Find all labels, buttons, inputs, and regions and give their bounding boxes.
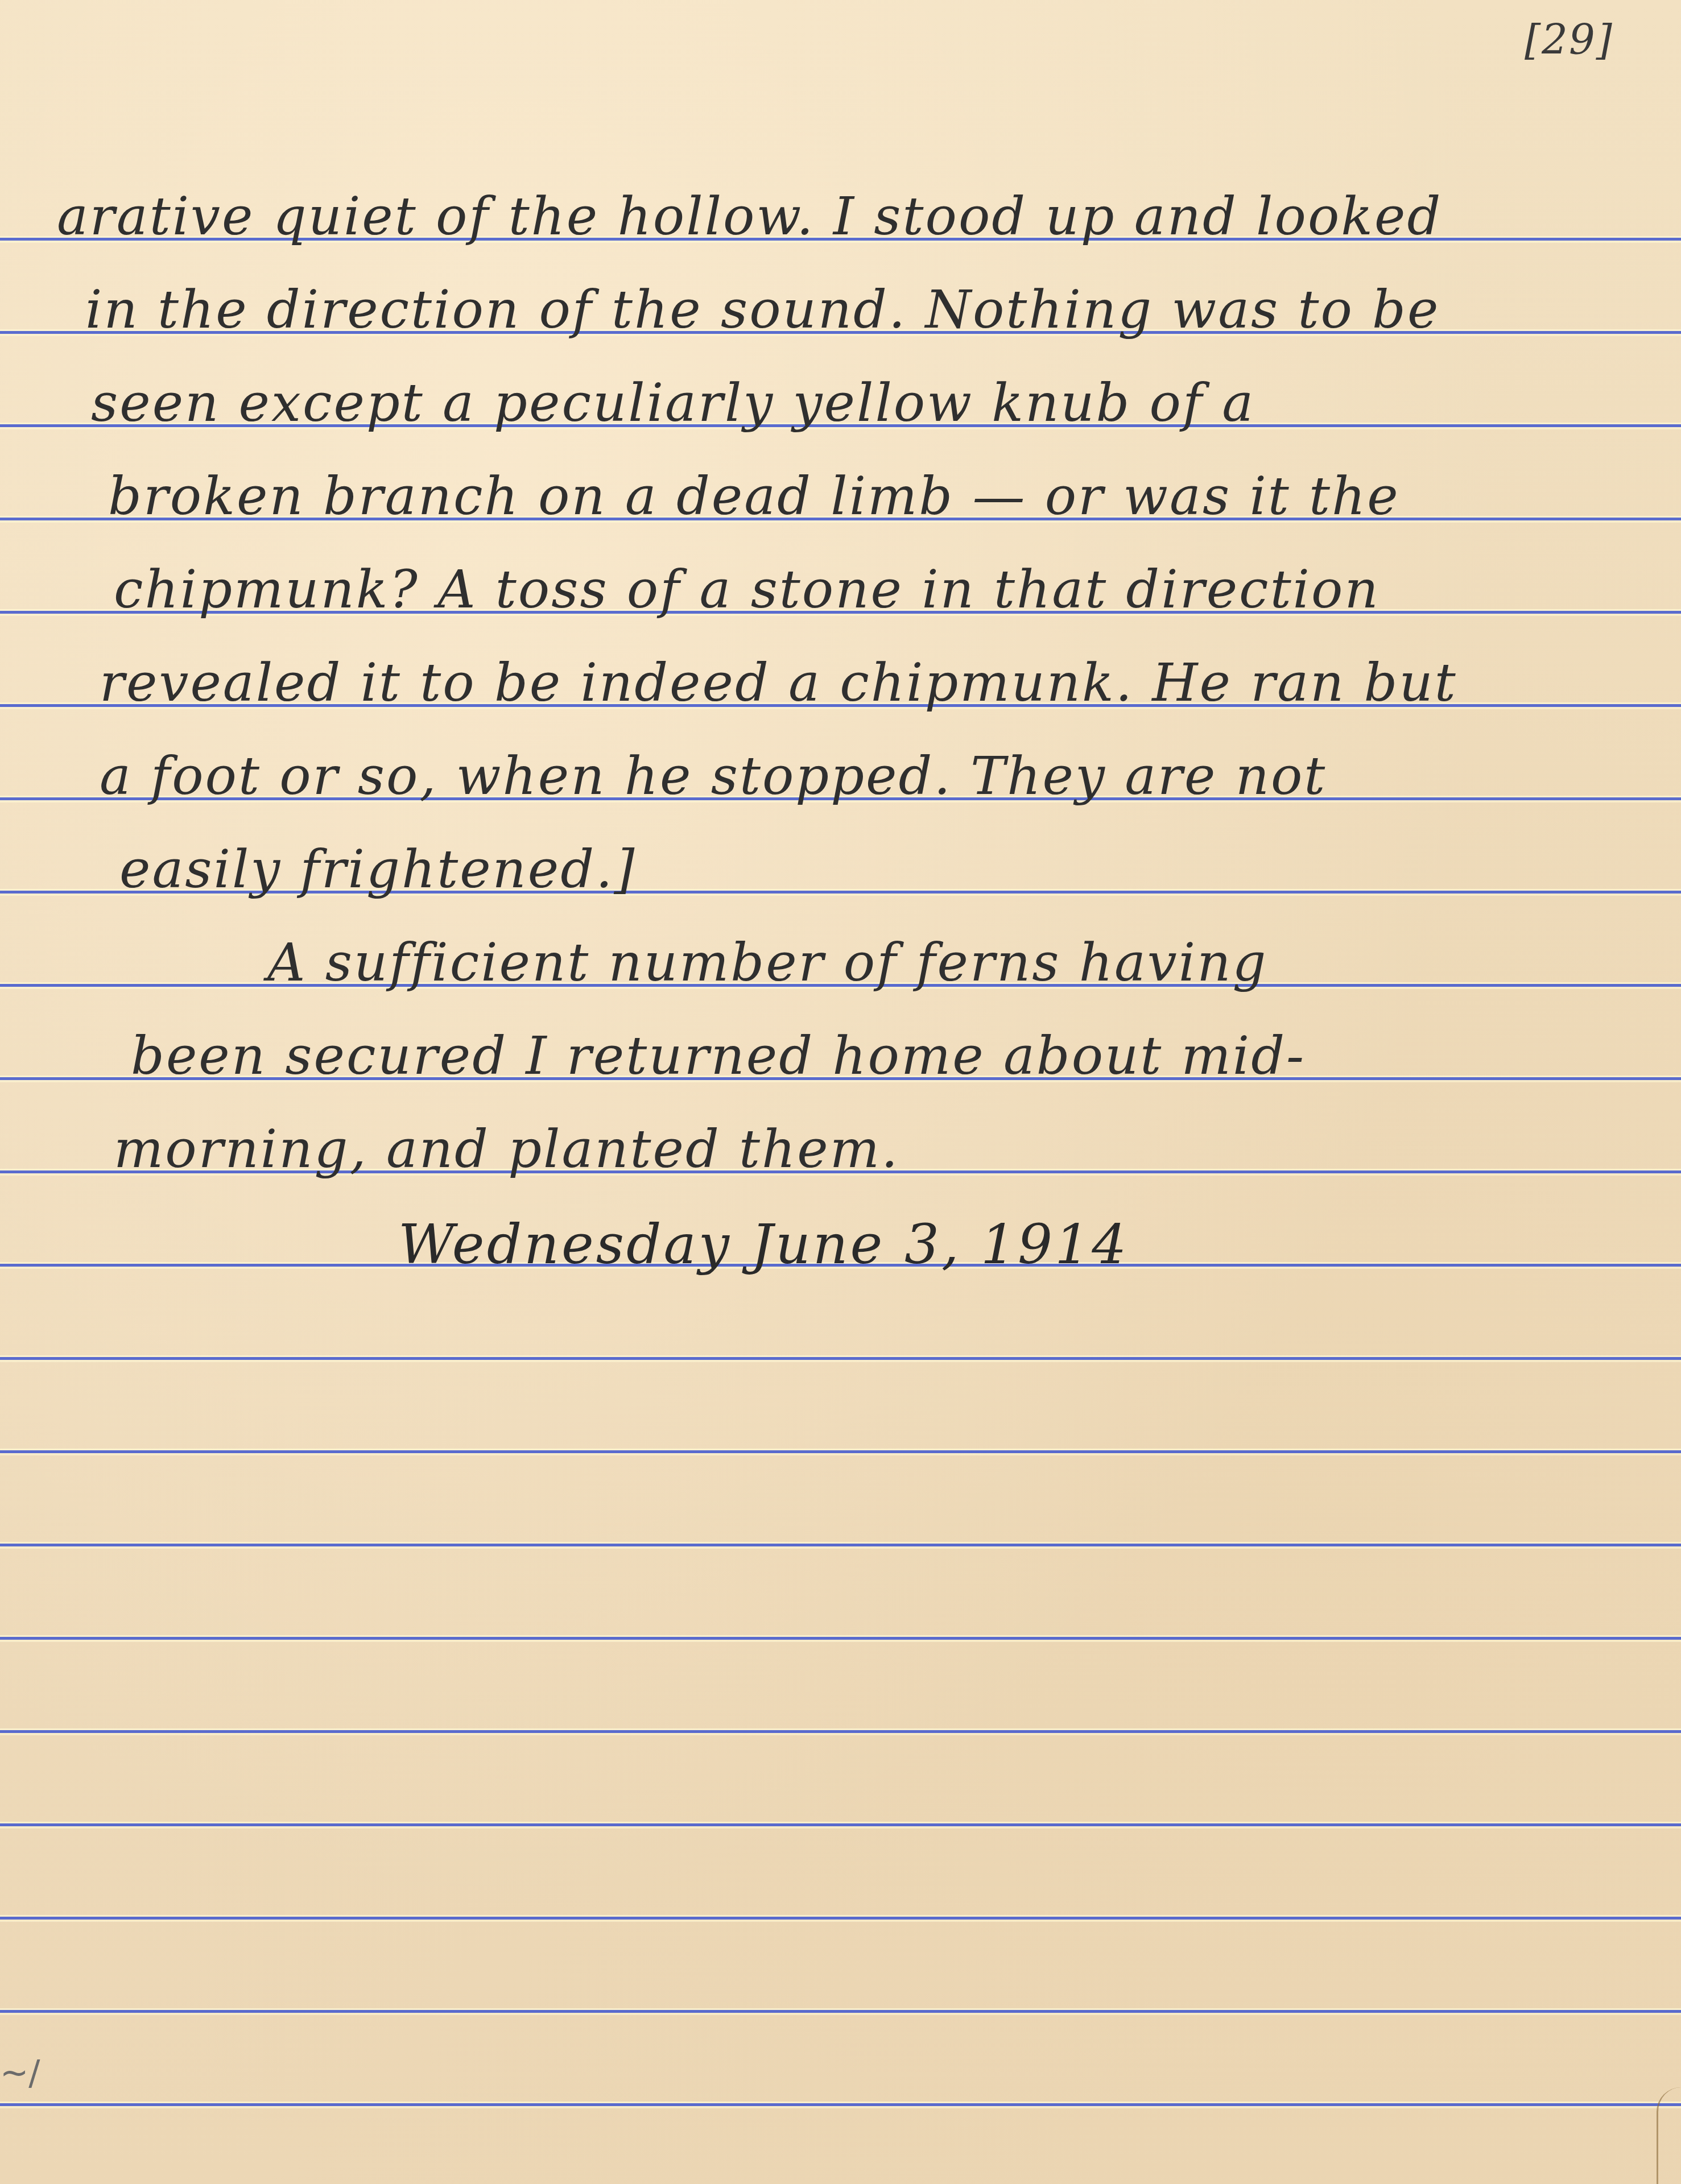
handwritten-line: broken branch on a dead limb — or was it… bbox=[108, 470, 1400, 523]
notebook-page: [29] arative quiet of the hollow. I stoo… bbox=[0, 0, 1681, 2184]
ruled-line bbox=[0, 1730, 1681, 1733]
handwritten-line: a foot or so, when he stopped. They are … bbox=[100, 750, 1327, 803]
margin-pencil-mark: ~/ bbox=[0, 2053, 40, 2093]
ruled-line bbox=[0, 1637, 1681, 1640]
ruled-line bbox=[0, 2103, 1681, 2106]
ruled-line bbox=[0, 1917, 1681, 1920]
ruled-line bbox=[0, 1450, 1681, 1453]
handwritten-line: seen except a peculiarly yellow knub of … bbox=[91, 377, 1255, 429]
handwritten-line: revealed it to be indeed a chipmunk. He … bbox=[100, 657, 1457, 709]
page-number: [29] bbox=[1525, 16, 1613, 64]
handwritten-line-paragraph-start: A sufficient number of ferns having bbox=[267, 937, 1267, 989]
ruled-line bbox=[0, 1357, 1681, 1360]
handwritten-line: morning, and planted them. bbox=[114, 1123, 899, 1176]
handwritten-line: easily frightened.] bbox=[119, 843, 636, 896]
ruled-line bbox=[0, 1544, 1681, 1546]
handwritten-line: chipmunk? A toss of a stone in that dire… bbox=[114, 564, 1380, 616]
entry-date-heading: Wednesday June 3, 1914 bbox=[398, 1213, 1129, 1276]
handwritten-line: in the direction of the sound. Nothing w… bbox=[85, 284, 1440, 336]
handwritten-line: arative quiet of the hollow. I stood up … bbox=[57, 191, 1442, 243]
ruled-line bbox=[0, 1823, 1681, 1826]
page-edge-curl bbox=[1657, 2087, 1681, 2184]
handwritten-line: been secured I returned home about mid- bbox=[131, 1030, 1306, 1082]
ruled-line bbox=[0, 2010, 1681, 2013]
